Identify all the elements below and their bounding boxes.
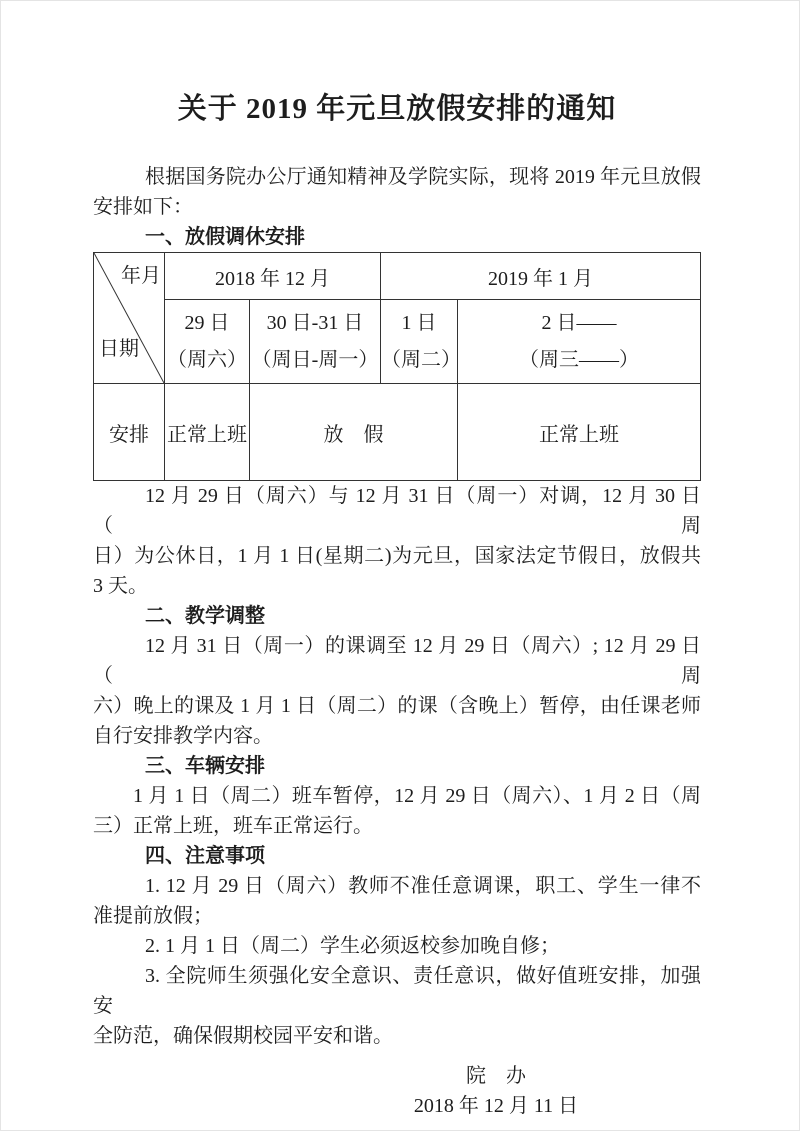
date-cell: 1 日 （周二） [381, 300, 458, 384]
date-weekday: （周三——） [458, 342, 700, 379]
date-weekday: （周日-周一） [250, 342, 380, 379]
text-line: 准提前放假； [93, 901, 701, 931]
text-line: 1. 12 月 29 日（周六）教师不准任意调课，职工、学生一律不 [93, 871, 701, 901]
month-header-dec-2018: 2018 年 12 月 [165, 253, 381, 300]
arrangement-cell-work: 正常上班 [165, 384, 250, 481]
date-day: 2 日—— [458, 305, 700, 342]
signature-date: 2018 年 12 月 11 日 [341, 1091, 651, 1121]
corner-label-date: 日期 [99, 339, 139, 359]
text-line: 全防范，确保假期校园平安和谐。 [93, 1021, 701, 1051]
text-line: 12 月 29 日（周六）与 12 月 31 日（周一）对调，12 月 30 日… [93, 481, 701, 541]
text-line: 三）正常上班，班车正常运行。 [93, 811, 701, 841]
section-heading-notes: 四、注意事项 [93, 841, 701, 871]
signature-block: 院 办 2018 年 12 月 11 日 [341, 1061, 651, 1121]
document-page: 关于 2019 年元旦放假安排的通知 根据国务院办公厅通知精神及学院实际，现将 … [0, 0, 800, 1131]
date-day: 30 日-31 日 [250, 305, 380, 342]
text-line: 1 月 1 日（周二）班车暂停，12 月 29 日（周六）、1 月 2 日（周 [93, 781, 701, 811]
shuttle-arrangement-paragraph: 1 月 1 日（周二）班车暂停，12 月 29 日（周六）、1 月 2 日（周 … [93, 781, 701, 841]
table-row-dates: 29 日 （周六） 30 日-31 日 （周日-周一） 1 日 （周二） 2 日… [94, 300, 701, 384]
date-day: 29 日 [165, 305, 249, 342]
text-line: 六）晚上的课及 1 月 1 日（周二）的课（含晚上）暂停，由任课老师 [93, 691, 701, 721]
table-corner-cell: 年月 日期 [94, 253, 165, 384]
text-line: 3. 全院师生须强化安全意识、责任意识，做好值班安排，加强安 [93, 961, 701, 1021]
intro-paragraph: 根据国务院办公厅通知精神及学院实际，现将 2019 年元旦放假 安排如下： [93, 162, 701, 222]
note-item-3: 3. 全院师生须强化安全意识、责任意识，做好值班安排，加强安 全防范，确保假期校… [93, 961, 701, 1051]
text-line: 自行安排教学内容。 [93, 721, 701, 751]
date-cell: 30 日-31 日 （周日-周一） [250, 300, 381, 384]
month-header-jan-2019: 2019 年 1 月 [381, 253, 701, 300]
corner-label-year-month: 年月 [121, 266, 161, 286]
note-item-2: 2. 1 月 1 日（周二）学生必须返校参加晚自修； [93, 931, 701, 961]
section-heading-teaching-adjustment: 二、教学调整 [93, 601, 701, 631]
text-line: 3 天。 [93, 571, 701, 601]
text-line: 2. 1 月 1 日（周二）学生必须返校参加晚自修； [93, 931, 701, 961]
text-line: 12 月 31 日（周一）的课调至 12 月 29 日（周六）; 12 月 29… [93, 631, 701, 691]
text-line: 安排如下： [93, 192, 701, 222]
signature-org: 院 办 [341, 1061, 651, 1091]
text-line: 日）为公休日，1 月 1 日(星期二)为元旦，国家法定节假日，放假共 [93, 541, 701, 571]
date-cell: 29 日 （周六） [165, 300, 250, 384]
holiday-schedule-table: 年月 日期 2018 年 12 月 2019 年 1 月 29 日 （周六） 3… [93, 252, 701, 481]
date-weekday: （周六） [165, 342, 249, 379]
table-row-arrangement: 安排 正常上班 放 假 正常上班 [94, 384, 701, 481]
section-heading-holiday-schedule: 一、放假调休安排 [93, 222, 701, 252]
text-line: 根据国务院办公厅通知精神及学院实际，现将 2019 年元旦放假 [93, 162, 701, 192]
table-row-months: 年月 日期 2018 年 12 月 2019 年 1 月 [94, 253, 701, 300]
arrangement-cell-holiday: 放 假 [250, 384, 458, 481]
section-heading-shuttle-arrangement: 三、车辆安排 [93, 751, 701, 781]
holiday-swap-paragraph: 12 月 29 日（周六）与 12 月 31 日（周一）对调，12 月 30 日… [93, 481, 701, 601]
arrangement-cell-work: 正常上班 [458, 384, 701, 481]
arrangement-row-label: 安排 [94, 384, 165, 481]
date-day: 1 日 [381, 305, 457, 342]
date-weekday: （周二） [381, 342, 457, 379]
page-title: 关于 2019 年元旦放假安排的通知 [93, 94, 701, 125]
date-cell: 2 日—— （周三——） [458, 300, 701, 384]
note-item-1: 1. 12 月 29 日（周六）教师不准任意调课，职工、学生一律不 准提前放假； [93, 871, 701, 931]
teaching-adjustment-paragraph: 12 月 31 日（周一）的课调至 12 月 29 日（周六）; 12 月 29… [93, 631, 701, 751]
